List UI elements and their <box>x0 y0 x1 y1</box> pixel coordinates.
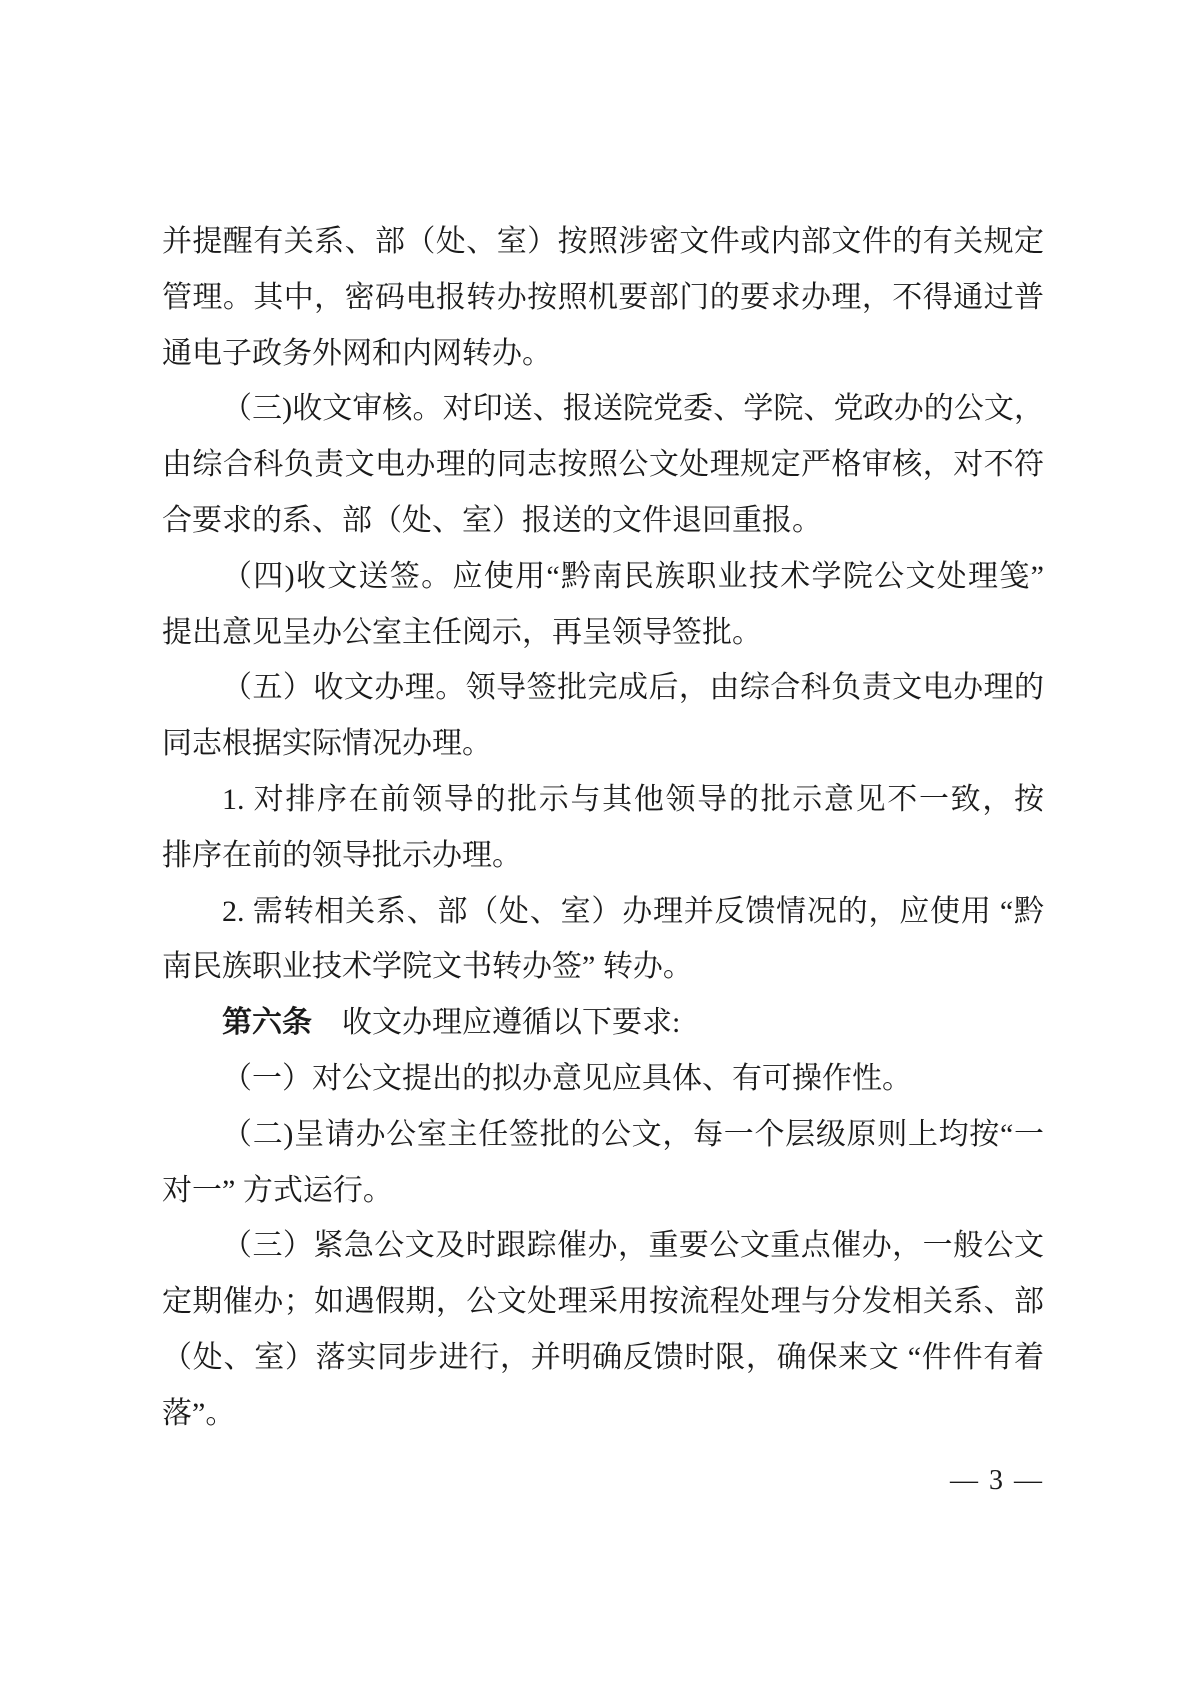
text-line: （四)收文送签。应使用“黔南民族职业技术学院公文处理笺” <box>162 549 1044 605</box>
text-line: （三）紧急公文及时跟踪催办，重要公文重点催办，一般公文 <box>162 1218 1044 1274</box>
text-line: 管理。其中，密码电报转办按照机要部门的要求办理，不得通过普 <box>162 270 1044 326</box>
article-heading-text: 收文办理应遵循以下要求: <box>312 1006 680 1039</box>
text-line: 2. 需转相关系、部（处、室）办理并反馈情况的，应使用 “黔 <box>162 884 1044 940</box>
text-line: 并提醒有关系、部（处、室）按照涉密文件或内部文件的有关规定 <box>162 214 1044 270</box>
text-line: 对一” 方式运行。 <box>162 1163 1044 1219</box>
document-body: 并提醒有关系、部（处、室）按照涉密文件或内部文件的有关规定 管理。其中，密码电报… <box>162 214 1044 1442</box>
text-line: 定期催办；如遇假期，公文处理采用按流程处理与分发相关系、部 <box>162 1274 1044 1330</box>
document-page: 并提醒有关系、部（处、室）按照涉密文件或内部文件的有关规定 管理。其中，密码电报… <box>0 0 1191 1684</box>
text-line: （五）收文办理。领导签批完成后，由综合科负责文电办理的 <box>162 660 1044 716</box>
text-line: （处、室）落实同步进行，并明确反馈时限，确保来文 “件件有着 <box>162 1330 1044 1386</box>
text-line: 同志根据实际情况办理。 <box>162 716 1044 772</box>
text-line: 1. 对排序在前领导的批示与其他领导的批示意见不一致，按 <box>162 772 1044 828</box>
text-line: 南民族职业技术学院文书转办签” 转办。 <box>162 939 1044 995</box>
text-line: （二)呈请办公室主任签批的公文，每一个层级原则上均按“一 <box>162 1107 1044 1163</box>
text-line: 排序在前的领导批示办理。 <box>162 828 1044 884</box>
page-number: — 3 — <box>950 1462 1044 1500</box>
text-line: 通电子政务外网和内网转办。 <box>162 326 1044 382</box>
text-line: 提出意见呈办公室主任阅示，再呈领导签批。 <box>162 605 1044 661</box>
text-line-article-heading: 第六条 收文办理应遵循以下要求: <box>162 995 1044 1051</box>
text-line: 合要求的系、部（处、室）报送的文件退回重报。 <box>162 493 1044 549</box>
text-line: （一）对公文提出的拟办意见应具体、有可操作性。 <box>162 1051 1044 1107</box>
text-line: 落”。 <box>162 1386 1044 1442</box>
text-line: 由综合科负责文电办理的同志按照公文处理规定严格审核，对不符 <box>162 437 1044 493</box>
article-number-label: 第六条 <box>222 1006 312 1039</box>
text-line: （三)收文审核。对印送、报送院党委、学院、党政办的公文， <box>162 381 1044 437</box>
